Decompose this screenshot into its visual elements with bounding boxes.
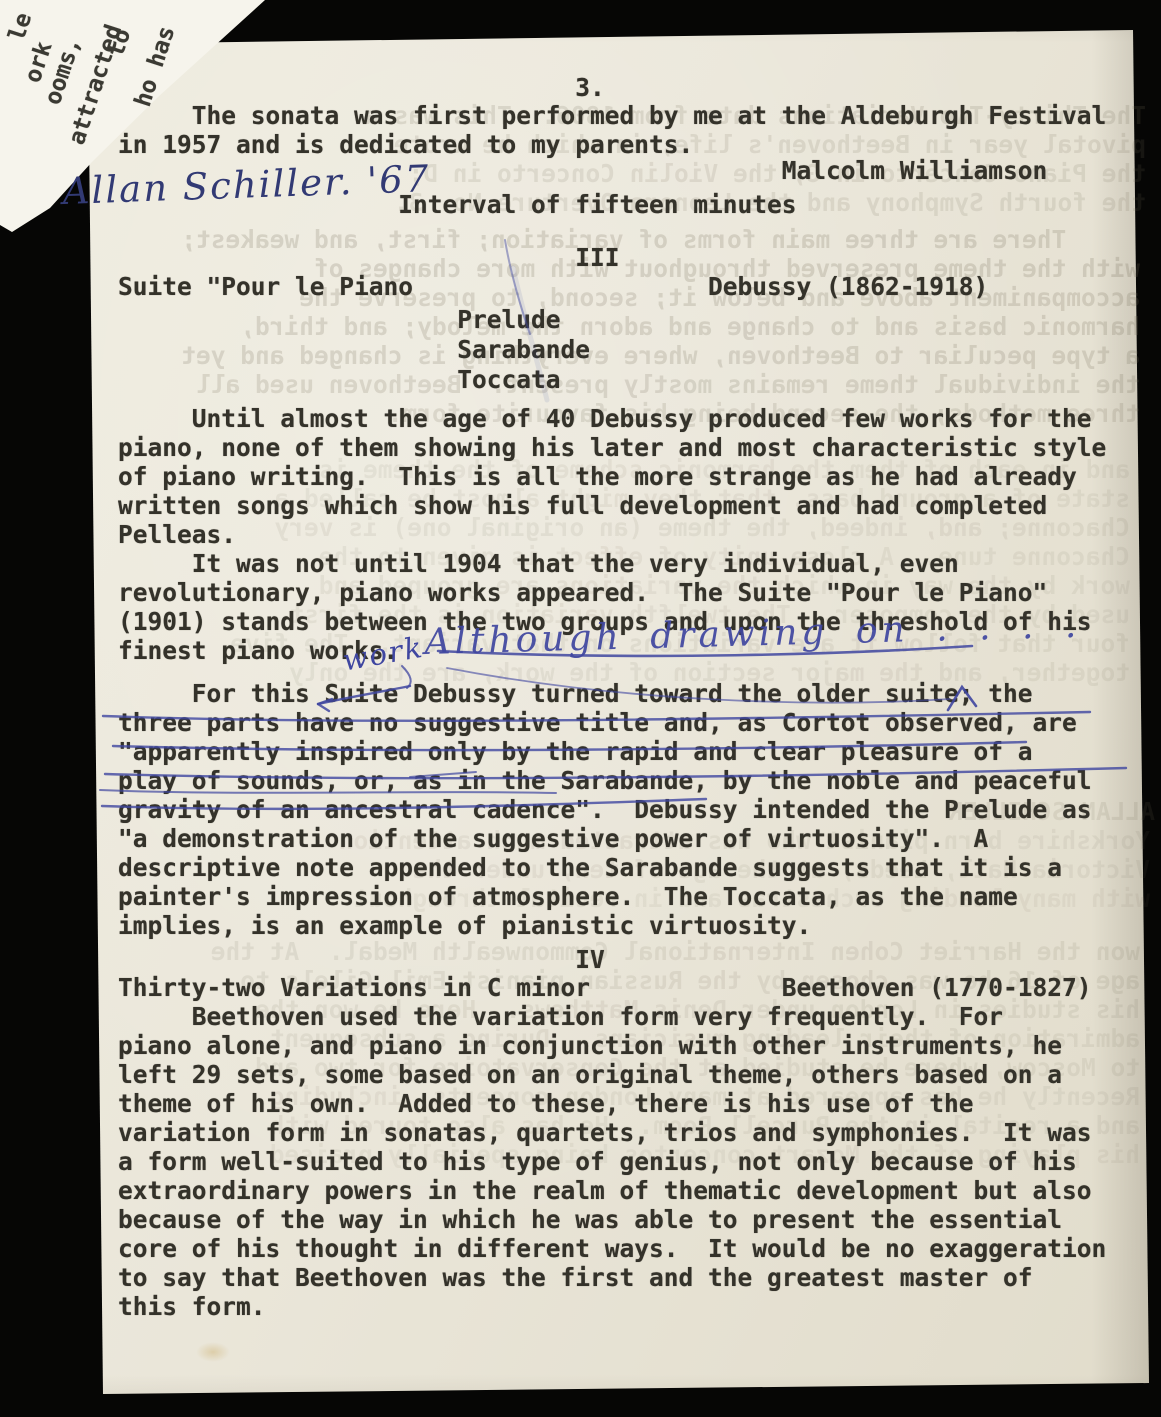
scan-canvas: The Thirty-Two Variations date from 1806… [0,0,1161,1417]
program-page [0,0,1161,1417]
paper-stain [196,1342,230,1362]
